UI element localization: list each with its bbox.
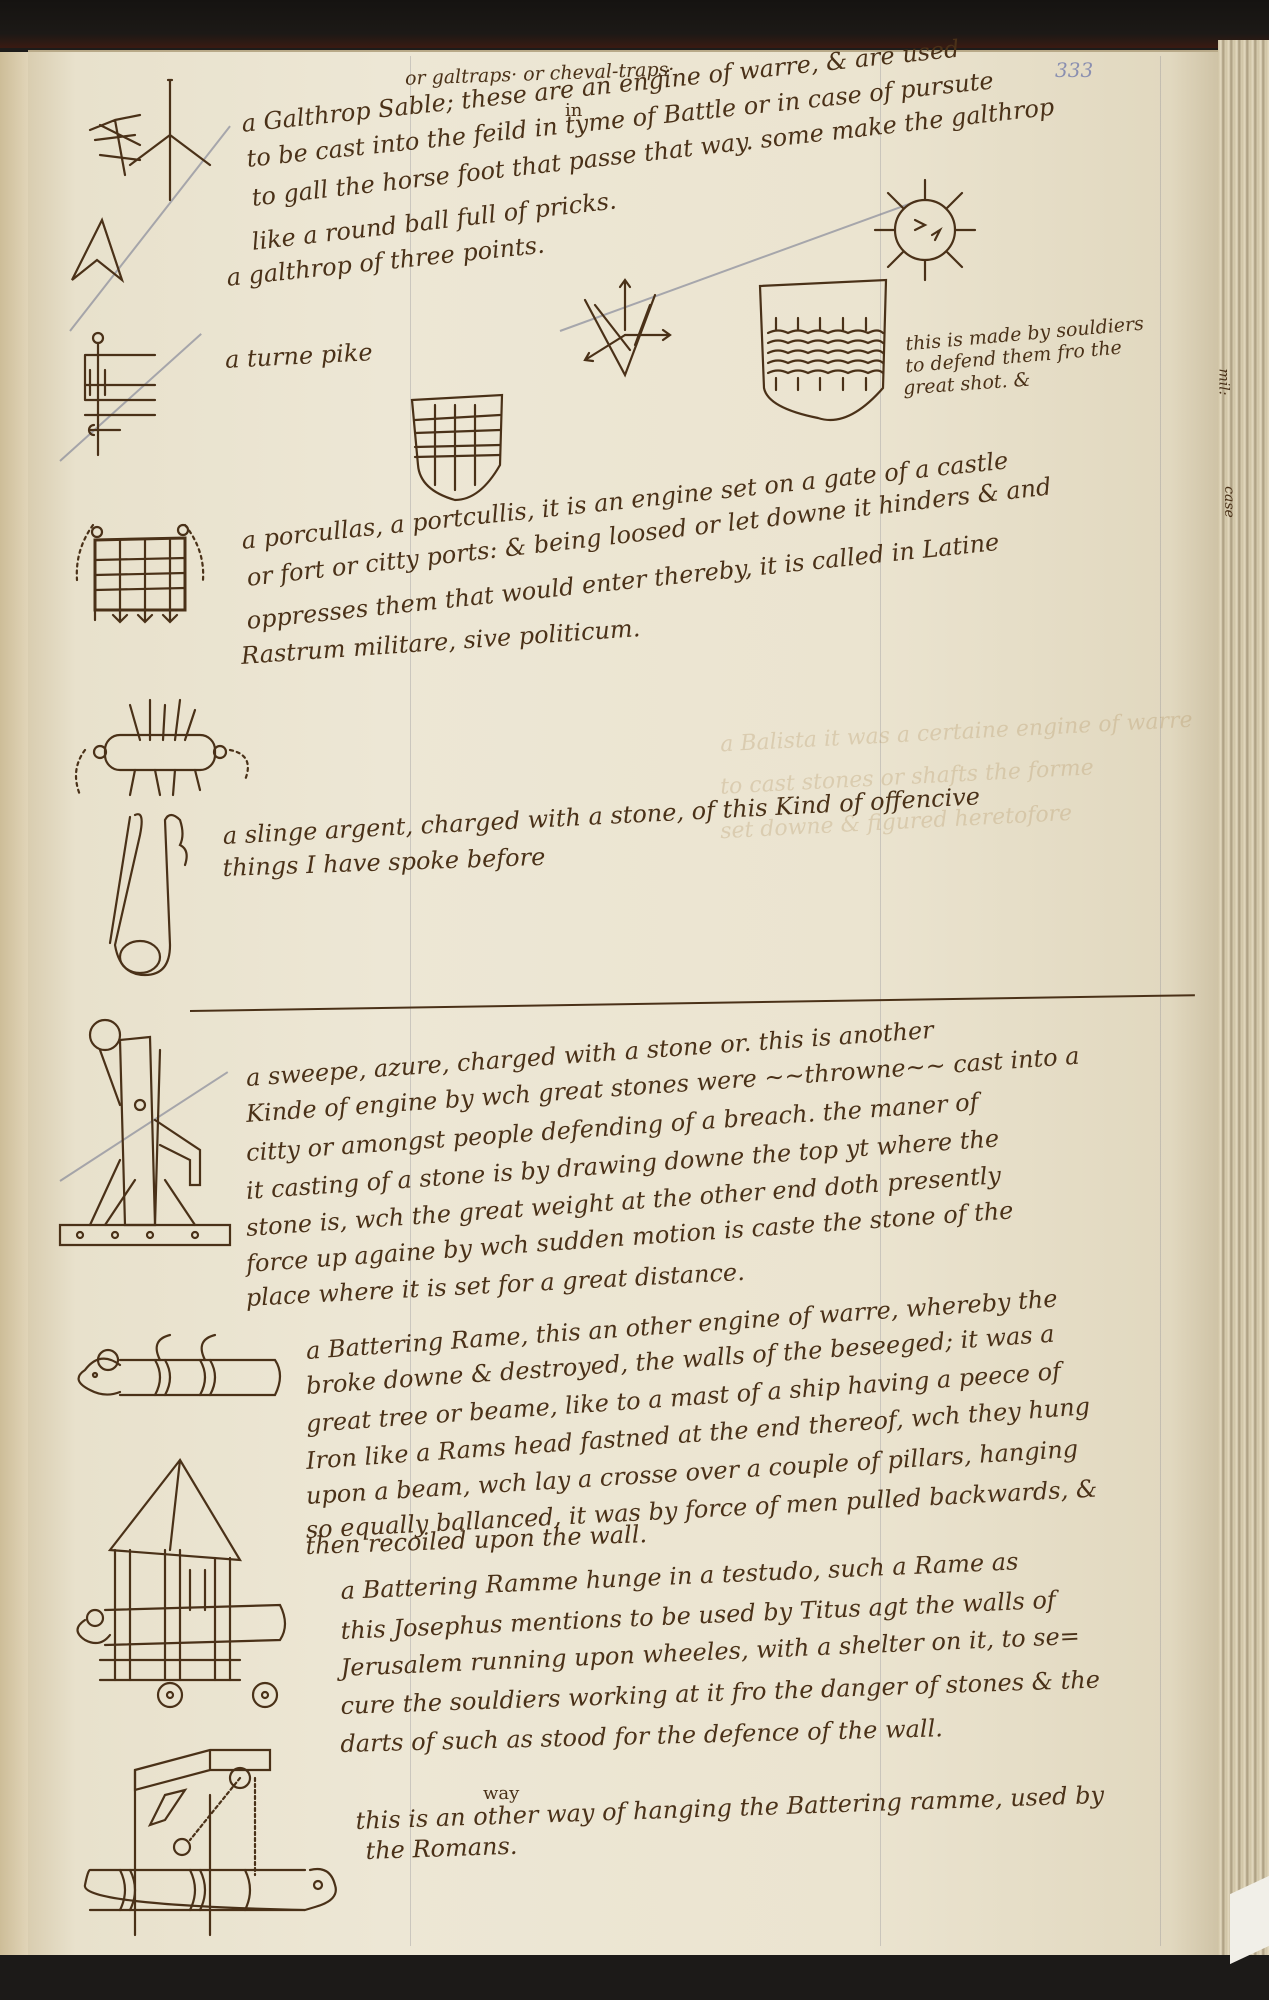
insertion-in: in: [565, 100, 582, 121]
binding-top-edge: [0, 0, 1269, 48]
galtrop-four-points-icon: [60, 75, 200, 205]
ram-testudo-icon: [60, 1450, 310, 1730]
turnpike-sketch-icon: [80, 330, 170, 460]
trebuchet-icon: [55, 1015, 240, 1255]
spiked-ball-icon: [870, 175, 980, 285]
background-bottom: [0, 1955, 1269, 2000]
spiked-roller-icon: [55, 690, 275, 800]
folio-number: 333: [1055, 58, 1093, 82]
ram-hung-from-frame-icon: [60, 1745, 350, 1925]
page-fore-edge: [1218, 40, 1269, 2000]
roman-ram-line-2: the Romans.: [365, 1830, 518, 1868]
portcullis-with-chains-icon: [65, 510, 210, 630]
gutter-edge: [0, 52, 30, 2000]
ruled-line: [1160, 56, 1161, 1946]
galtrop-three-points-icon: [62, 215, 132, 285]
fore-edge-note: case: [1217, 486, 1241, 518]
sling-icon: [105, 805, 205, 985]
fore-edge-note: mil:: [1211, 369, 1235, 396]
ram-head-log-icon: [60, 1320, 280, 1410]
portcullis-shield-icon: [410, 395, 510, 505]
stake-fence-shield-icon: [758, 278, 898, 428]
caltrop-with-arrows-icon: [575, 275, 685, 385]
